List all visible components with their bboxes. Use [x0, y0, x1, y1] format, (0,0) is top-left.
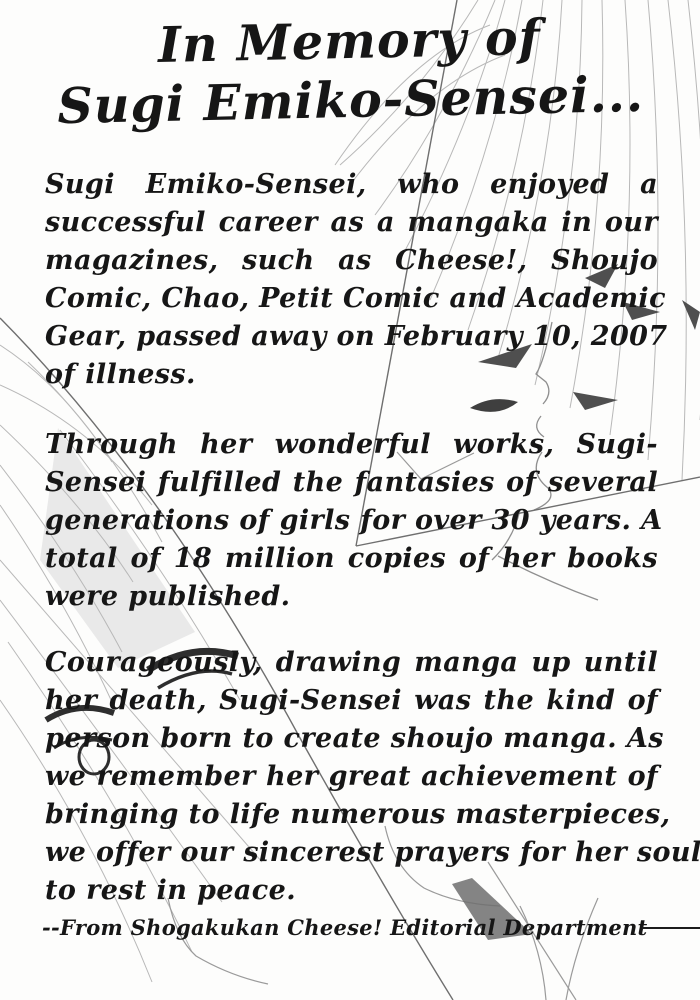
memorial-text: In Memory of Sugi Emiko-Sensei... Sugi E… — [0, 0, 700, 1000]
signature-text: --From Shogakukan Cheese! Editorial Depa… — [42, 915, 648, 940]
paragraph-farewell: Courageously, drawing manga up until her… — [45, 644, 658, 910]
signature-line: --From Shogakukan Cheese! Editorial Depa… — [42, 914, 670, 942]
text-line: successful career as a mangaka in our — [45, 204, 658, 242]
paragraph-legacy: Through her wonderful works, Sugi- Sense… — [45, 426, 658, 616]
text-line: Comic, Chao, Petit Comic and Academic — [45, 280, 658, 318]
paragraph-career: Sugi Emiko-Sensei, who enjoyed a success… — [45, 166, 658, 394]
text-line: we offer our sincerest prayers for her s… — [45, 834, 658, 872]
memorial-page: In Memory of Sugi Emiko-Sensei... Sugi E… — [0, 0, 700, 1000]
text-line: generations of girls for over 30 years. … — [45, 502, 658, 540]
page-title: In Memory of Sugi Emiko-Sensei... — [0, 5, 700, 138]
text-line: Courageously, drawing manga up until — [45, 644, 658, 682]
text-line: total of 18 million copies of her books — [45, 540, 658, 578]
text-line: Sugi Emiko-Sensei, who enjoyed a — [45, 166, 658, 204]
text-line: we remember her great achievement of — [45, 758, 658, 796]
text-line: Gear, passed away on February 10, 2007 — [45, 318, 658, 356]
text-line: Sensei fulfilled the fantasies of severa… — [45, 464, 658, 502]
text-line: magazines, such as Cheese!, Shoujo — [45, 242, 658, 280]
text-line: of illness. — [45, 356, 658, 394]
text-line: her death, Sugi-Sensei was the kind of — [45, 682, 658, 720]
text-line: person born to create shoujo manga. As — [45, 720, 658, 758]
text-line: bringing to life numerous masterpieces, — [45, 796, 658, 834]
text-line: were published. — [45, 578, 658, 616]
text-line: Through her wonderful works, Sugi- — [45, 426, 658, 464]
pen-flourish — [642, 927, 700, 929]
text-line: to rest in peace. — [45, 872, 658, 910]
